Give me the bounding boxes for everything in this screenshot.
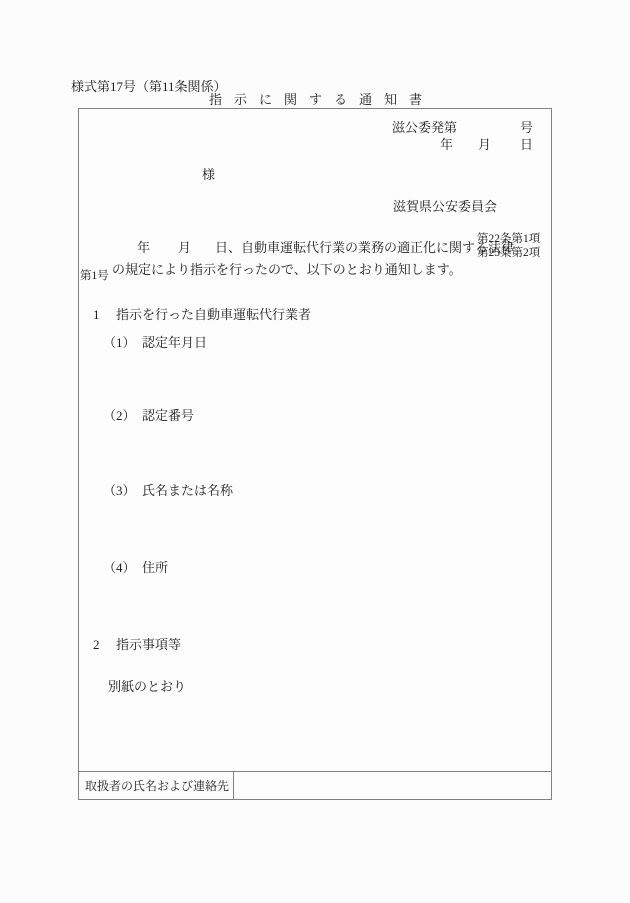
sub-item-3-label: 氏名または名称 xyxy=(142,484,233,497)
issuer-name: 滋賀県公安委員会 xyxy=(393,200,497,213)
sub-item-4-marker: （4） xyxy=(103,561,136,574)
section-1-heading: 指示を行った自動車運転代行業者 xyxy=(116,308,311,321)
issue-date-year-label: 年 xyxy=(440,138,453,151)
form-number: 様式第17号（第11条関係） xyxy=(71,80,227,93)
attachment-note: 別紙のとおり xyxy=(108,680,186,693)
handler-value-cell xyxy=(234,772,551,799)
section-2-heading: 指示事項等 xyxy=(116,638,181,651)
ref-number-suffix: 号 xyxy=(520,121,533,134)
body-date-month-label: 月 xyxy=(178,241,191,254)
document-page: 様式第17号（第11条関係） 指示に関する通知書 滋公委発第 号 年 月 日 様… xyxy=(0,0,630,903)
sub-item-2-marker: （2） xyxy=(103,409,136,422)
issue-date-day-label: 日 xyxy=(520,138,533,151)
addressee-honorific: 様 xyxy=(202,168,215,181)
provision-item: 第1号 xyxy=(80,271,109,283)
provision-stack: 第22条第1項 第25条第2項 xyxy=(477,232,540,260)
sub-item-1-label: 認定年月日 xyxy=(142,336,207,349)
provision-lower: 第25条第2項 xyxy=(477,246,540,260)
issue-date-month-label: 月 xyxy=(478,138,491,151)
sub-item-4-label: 住所 xyxy=(142,561,168,574)
document-frame: 滋公委発第 号 年 月 日 様 滋賀県公安委員会 年 月 日、自動車運転代行業の… xyxy=(78,108,552,800)
body-date-year-label: 年 xyxy=(137,241,150,254)
body-line2: の規定により指示を行ったので、以下のとおり通知します。 xyxy=(112,263,462,276)
sub-item-3-marker: （3） xyxy=(103,484,136,497)
section-2-number: 2 xyxy=(93,638,100,651)
handler-label-cell: 取扱者の氏名および連絡先 xyxy=(79,772,234,799)
ref-number-prefix: 滋公委発第 xyxy=(392,121,457,134)
sub-item-1-marker: （1） xyxy=(103,336,136,349)
section-1-number: 1 xyxy=(93,308,100,321)
provision-upper: 第22条第1項 xyxy=(477,232,540,246)
handler-row: 取扱者の氏名および連絡先 xyxy=(79,771,551,799)
document-title: 指示に関する通知書 xyxy=(209,93,434,106)
sub-item-2-label: 認定番号 xyxy=(142,409,194,422)
body-line1: 日、自動車運転代行業の業務の適正化に関する法律 xyxy=(215,241,514,254)
